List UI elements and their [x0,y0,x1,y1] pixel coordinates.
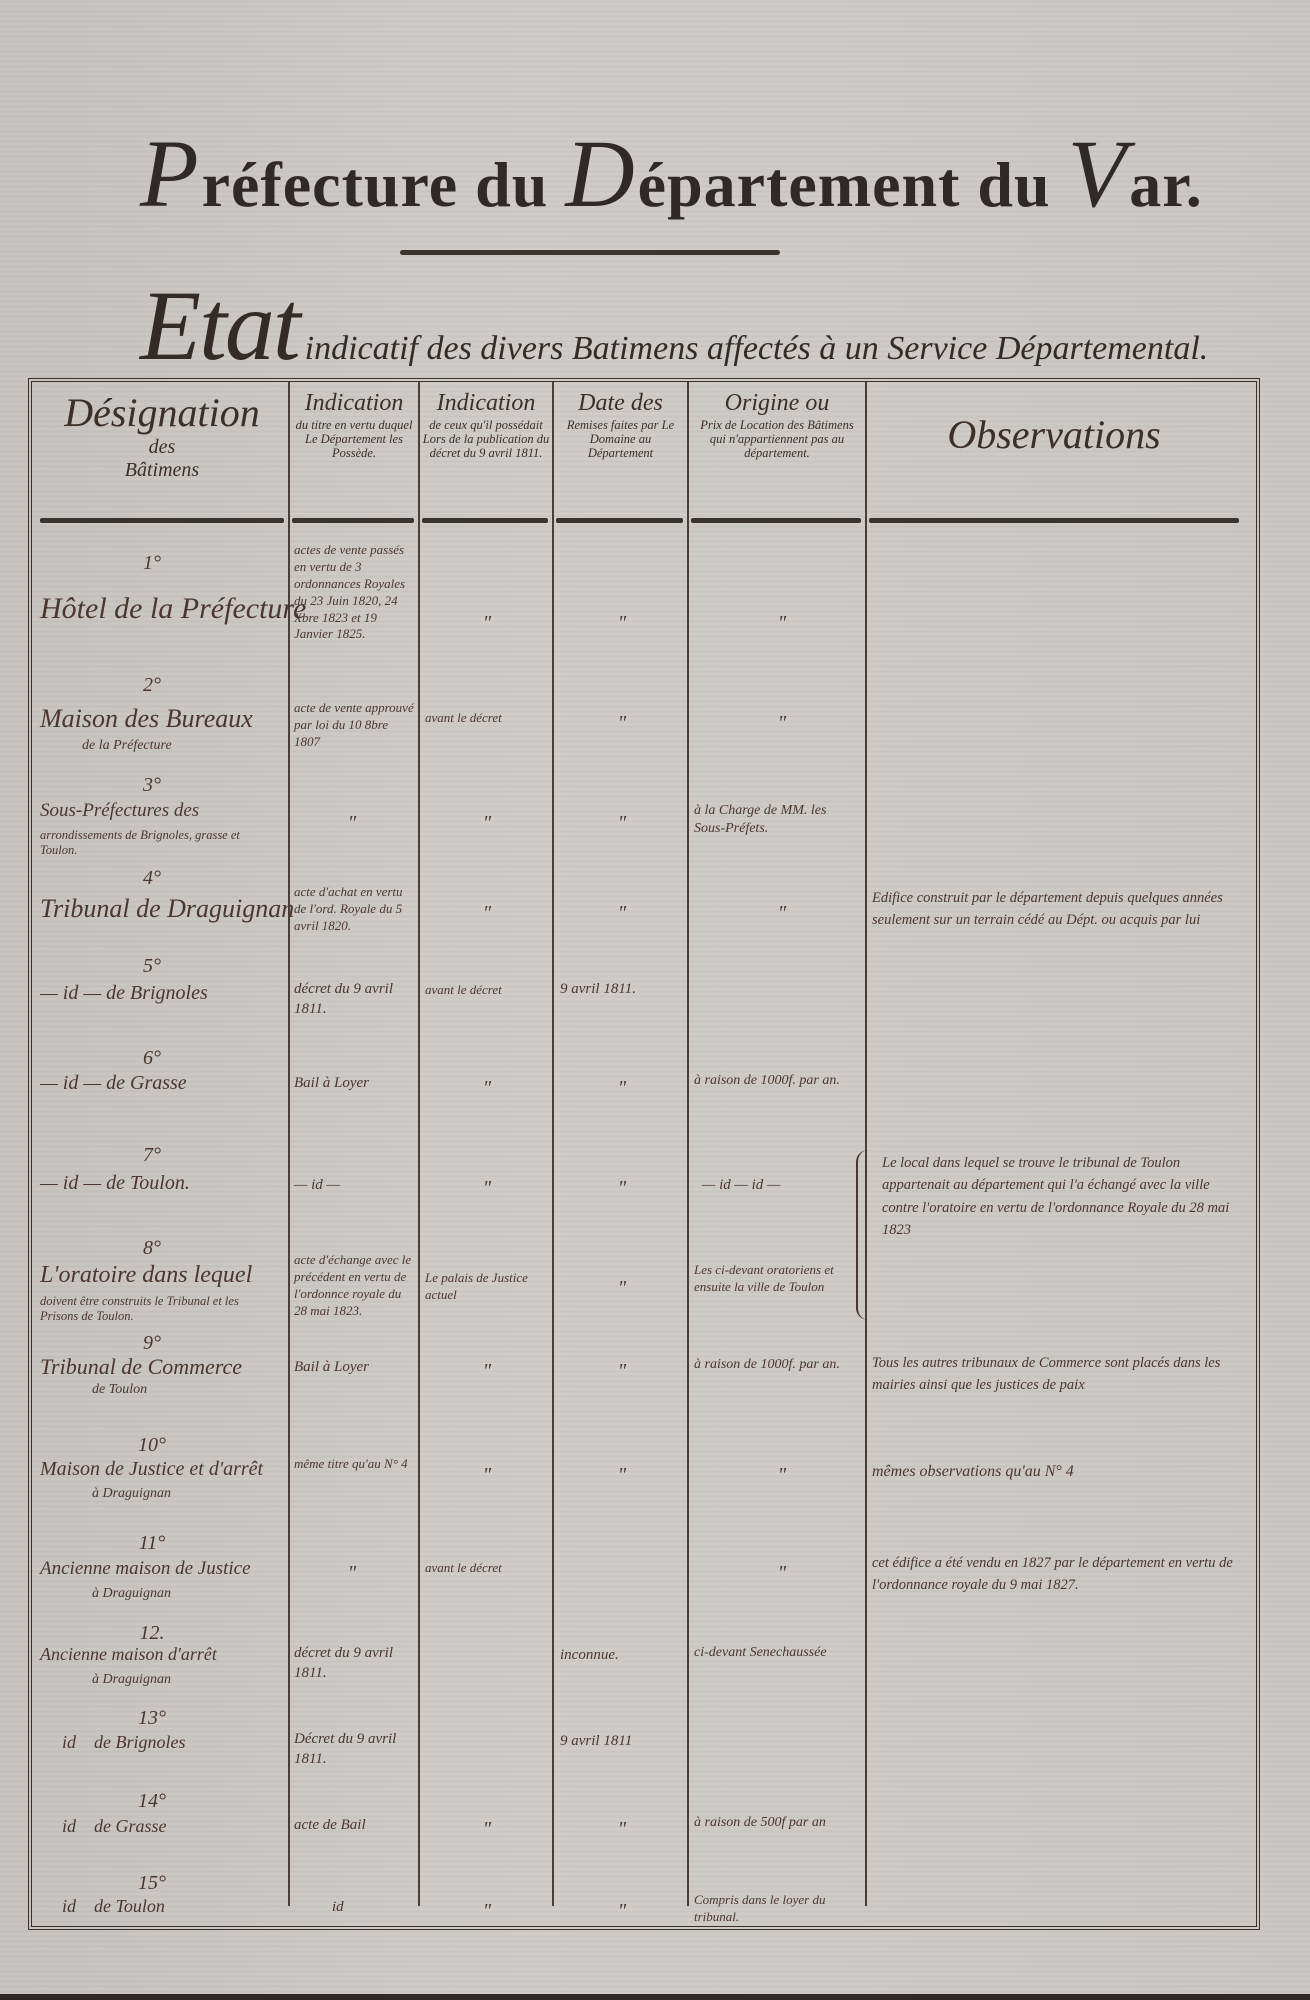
building-name: L'oratoire dans lequel [40,1262,252,1289]
row-number: 7° [102,1144,202,1167]
building-name-sub: à Draguignan [92,1586,171,1602]
possedait-cell: avant le décret [425,982,547,999]
title-divider [400,250,780,255]
column-divider [418,382,420,1906]
possedait-cell: " [467,902,507,925]
row-number: 12. [102,1622,202,1645]
building-name-sub: arrondissements de Brignoles, grasse et … [40,828,270,858]
possedait-cell: avant le décret [425,1560,547,1577]
titre-cell: acte de Bail [294,1816,416,1836]
building-name-sub: doivent être construits le Tribunal et l… [40,1294,280,1324]
titre-cell: — id — [294,1176,416,1196]
row-number: 8° [102,1237,202,1260]
header-origine: Origine ou Prix de Location des Bâtimens… [691,390,863,461]
origine-cell: à raison de 1000f. par an. [694,1072,859,1090]
row-number: 14° [102,1790,202,1813]
possedait-cell: " [467,612,507,635]
remises-cell: " [602,1277,642,1300]
building-name: Hôtel de la Préfecture [40,592,306,626]
remises-cell: " [602,612,642,635]
possedait-cell: " [467,812,507,835]
origine-cell: " [762,712,802,735]
building-name: Tribunal de Commerce [40,1354,242,1380]
possedait-cell: " [467,1464,507,1487]
header-separator [292,518,414,523]
row-number: 4° [102,867,202,890]
origine-cell: " [762,612,802,635]
building-name: Ancienne maison de Justice [40,1558,251,1580]
building-name: — id — de Brignoles [40,982,208,1005]
header-possedait: Indication de ceux qu'il possédait Lors … [422,390,550,461]
building-name-sub: à Draguignan [92,1486,171,1502]
row-number: 9° [102,1332,202,1355]
remises-cell: " [602,1177,642,1200]
subtitle-text: indicatif des divers Batimens affectés à… [305,330,1209,367]
column-divider [552,382,554,1906]
document-subtitle: Etatindicatif des divers Batimens affect… [140,268,1240,383]
titre-cell: id [332,1898,454,1918]
remises-cell: 9 avril 1811. [560,980,682,1000]
row-number: 1° [102,552,202,575]
observation-cell: mêmes observations qu'au N° 4 [872,1460,1242,1485]
header-separator [869,518,1239,523]
titre-cell: " [332,812,372,835]
titre-cell: Bail à Loyer [294,1074,416,1094]
building-name: Tribunal de Draguignan [40,894,294,924]
header-separator [422,518,548,523]
observation-cell: Le local dans lequel se trouve le tribun… [882,1152,1247,1242]
remises-cell: " [602,1360,642,1383]
building-name: id de Grasse [62,1816,167,1837]
possedait-cell: " [467,1900,507,1923]
building-name: — id — de Grasse [40,1072,187,1095]
building-name: — id — de Toulon. [40,1172,190,1195]
row-number: 5° [102,955,202,978]
titre-cell: Bail à Loyer [294,1358,416,1378]
remises-cell: " [602,1077,642,1100]
header-separator [40,518,284,523]
origine-cell: ci-devant Senechaussée [694,1644,854,1662]
title-initial-p: P [140,120,200,227]
remises-cell: " [602,812,642,835]
origine-cell: à raison de 1000f. par an. [694,1356,859,1374]
page-edge [0,1994,1310,2000]
observation-cell: cet édifice a été vendu en 1827 par le d… [872,1552,1242,1597]
brace-mark [856,1150,874,1320]
titre-cell: acte d'échange avec le précédent en vert… [294,1252,416,1320]
titre-cell: acte d'achat en vertu de l'ord. Royale d… [294,884,416,935]
titre-cell: Décret du 9 avril 1811. [294,1730,416,1769]
building-name-sub: de la Préfecture [82,738,172,754]
origine-cell: " [762,1464,802,1487]
origine-cell: à la Charge de MM. les Sous-Préfets. [694,802,859,838]
possedait-cell: " [467,1360,507,1383]
origine-cell: Les ci-devant oratoriens et ensuite la v… [694,1262,854,1296]
origine-cell: Compris dans le loyer du tribunal. [694,1892,854,1926]
column-divider [687,382,689,1906]
title-text-1: réfecture du [202,149,566,220]
titre-cell: décret du 9 avril 1811. [294,980,416,1019]
remises-cell: " [602,902,642,925]
remises-cell: " [602,1818,642,1841]
building-name-sub: de Toulon [92,1382,147,1398]
origine-cell: " [762,902,802,925]
header-titre: Indication du titre en vertu duquel Le D… [292,390,416,461]
buildings-table: Désignation des Bâtimens Indication du t… [28,378,1260,1930]
row-number: 6° [102,1047,202,1070]
header-remises: Date des Remises faites par Le Domaine a… [556,390,685,461]
title-text-3: ar. [1129,149,1203,220]
header-designation: Désignation des Bâtimens [42,390,282,482]
titre-cell: acte de vente approuvé par loi du 10 8br… [294,700,416,751]
titre-cell: décret du 9 avril 1811. [294,1644,416,1683]
building-name: Maison de Justice et d'arrêt [40,1458,263,1481]
origine-cell: " [762,1562,802,1585]
title-initial-v: V [1068,120,1128,227]
row-number: 11° [102,1532,202,1555]
possedait-cell: " [467,1177,507,1200]
building-name: Ancienne maison d'arrêt [40,1644,217,1665]
origine-cell: à raison de 500f par an [694,1814,859,1832]
remises-cell: inconnue. [560,1646,682,1666]
titre-cell: actes de vente passés en vertu de 3 ordo… [294,542,416,643]
row-number: 10° [102,1434,202,1457]
observation-cell: Edifice construit par le département dep… [872,887,1242,932]
remises-cell: 9 avril 1811 [560,1732,682,1752]
row-number: 13° [102,1707,202,1730]
building-name: id de Brignoles [62,1732,186,1753]
possedait-cell: " [467,1077,507,1100]
row-number: 3° [102,774,202,797]
building-name: Maison des Bureaux [40,704,253,734]
possedait-cell: Le palais de Justice actuel [425,1270,547,1304]
header-separator [691,518,861,523]
header-separator [556,518,683,523]
remises-cell: " [602,712,642,735]
title-initial-d: D [565,120,635,227]
document-title: Préfecture du Département du Var. [140,118,1180,229]
titre-cell: même titre qu'au N° 4 [294,1456,416,1473]
possedait-cell: " [467,1818,507,1841]
row-number: 2° [102,674,202,697]
building-name: Sous-Préfectures des [40,800,199,822]
titre-cell: " [332,1562,372,1585]
building-name-sub: à Draguignan [92,1672,171,1688]
observation-cell: Tous les autres tribunaux de Commerce so… [872,1352,1242,1397]
column-divider [865,382,867,1906]
remises-cell: " [602,1464,642,1487]
possedait-cell: avant le décret [425,710,547,727]
origine-cell: — id — id — [702,1176,862,1196]
header-observations: Observations [869,412,1239,458]
building-name: id de Toulon [62,1896,165,1917]
title-text-2: épartement du [638,149,1068,220]
subtitle-etat: Etat [140,270,299,381]
remises-cell: " [602,1900,642,1923]
row-number: 15° [102,1872,202,1895]
